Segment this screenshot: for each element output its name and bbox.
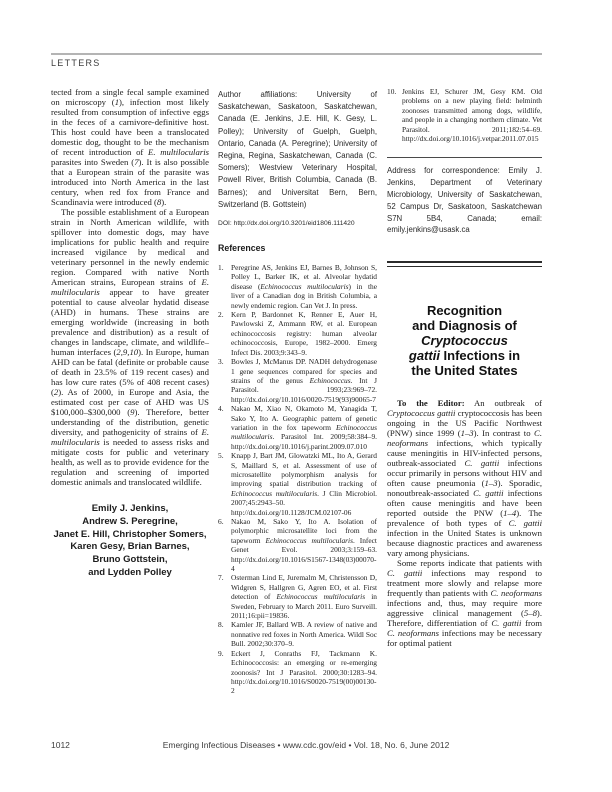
journal-footer: Emerging Infectious Diseases • www.cdc.g… <box>0 740 612 750</box>
reference-item-8: 8.Kamler JF, Ballard WB. A review of nat… <box>218 620 377 648</box>
signature-line: Andrew S. Peregrine, <box>51 516 209 529</box>
author-affiliations: Author affiliations: University of Saska… <box>218 89 377 211</box>
column-left: tected from a single fecal sample examin… <box>51 87 209 580</box>
column-middle: Author affiliations: University of Saska… <box>218 87 377 696</box>
reference-number: 8. <box>218 620 231 648</box>
reference-text: Osterman Lind E, Juremalm M, Christensso… <box>231 573 377 620</box>
reference-item-1: 1.Peregrine AS, Jenkins EJ, Barnes B, Jo… <box>218 263 377 310</box>
reference-number: 9. <box>218 649 231 696</box>
letter1-paragraph-2: The possible establishment of a European… <box>51 207 209 487</box>
reference-number: 10. <box>387 87 402 143</box>
signature-line: Bruno Gottstein, <box>51 554 209 567</box>
reference-text: Eckert J, Conraths FJ, Tackmann K. Echin… <box>231 649 377 696</box>
reference-text: Kamler JF, Ballard WB. A review of nativ… <box>231 620 377 648</box>
letter2-paragraph-2: Some reports indicate that patients with… <box>387 558 542 648</box>
reference-item-3: 3.Bowles J, McManus DP. NADH dehydrogena… <box>218 357 377 404</box>
reference-text: Kern P, Bardonnet K, Renner E, Auer H, P… <box>231 310 377 357</box>
section-label: LETTERS <box>51 58 101 68</box>
column-right: 10.Jenkins EJ, Schurer JM, Gesy KM. Old … <box>387 87 542 648</box>
reference-number: 6. <box>218 517 231 573</box>
letter2-paragraph-1: To the Editor: An outbreak of Cryptococc… <box>387 398 542 558</box>
correspondence-address: Address for correspondence: Emily J. Jen… <box>387 165 542 236</box>
signature-line: Janet E. Hill, Christopher Somers, <box>51 529 209 542</box>
reference-item-4: 4.Nakao M, Xiao N, Okamoto M, Yanagida T… <box>218 404 377 451</box>
reference-text: Nakao M, Xiao N, Okamoto M, Yanagida T, … <box>231 404 377 451</box>
header-rule <box>51 53 542 55</box>
reference-number: 3. <box>218 357 231 404</box>
letter1-paragraph-1: tected from a single fecal sample examin… <box>51 87 209 207</box>
reference-item-6: 6.Nakao M, Sako Y, Ito A. Isolation of p… <box>218 517 377 573</box>
reference-text: Knapp J, Bart JM, Glowatzki ML, Ito A, G… <box>231 451 377 517</box>
signature-line: Karen Gesy, Brian Barnes, <box>51 541 209 554</box>
signature-line: and Lydden Polley <box>51 567 209 580</box>
reference-number: 7. <box>218 573 231 620</box>
reference-item-5: 5.Knapp J, Bart JM, Glowatzki ML, Ito A,… <box>218 451 377 517</box>
reference-number: 5. <box>218 451 231 517</box>
signature-line: Emily J. Jenkins, <box>51 503 209 516</box>
article-divider-rule <box>387 261 542 267</box>
reference-text: Nakao M, Sako Y, Ito A. Isolation of pol… <box>231 517 377 573</box>
reference-number: 2. <box>218 310 231 357</box>
doi-line: DOI: http://dx.doi.org/10.3201/eid1806.1… <box>218 220 377 227</box>
reference-item-9: 9.Eckert J, Conraths FJ, Tackmann K. Ech… <box>218 649 377 696</box>
reference-text: Jenkins EJ, Schurer JM, Gesy KM. Old pro… <box>402 87 542 143</box>
reference-text: Bowles J, McManus DP. NADH dehydrogenase… <box>231 357 377 404</box>
reference-item-10: 10.Jenkins EJ, Schurer JM, Gesy KM. Old … <box>387 87 542 143</box>
letter2-title: Recognitionand Diagnosis ofCryptococcusg… <box>387 303 542 378</box>
journal-page: LETTERS tected from a single fecal sampl… <box>0 0 612 792</box>
references-heading: References <box>218 243 377 253</box>
reference-item-7: 7.Osterman Lind E, Juremalm M, Christens… <box>218 573 377 620</box>
correspondence-rule <box>387 157 542 158</box>
reference-number: 4. <box>218 404 231 451</box>
references-list: 1.Peregrine AS, Jenkins EJ, Barnes B, Jo… <box>218 263 377 696</box>
author-signature: Emily J. Jenkins, Andrew S. Peregrine, J… <box>51 503 209 580</box>
reference-number: 1. <box>218 263 231 310</box>
reference-item-2: 2.Kern P, Bardonnet K, Renner E, Auer H,… <box>218 310 377 357</box>
reference-text: Peregrine AS, Jenkins EJ, Barnes B, John… <box>231 263 377 310</box>
